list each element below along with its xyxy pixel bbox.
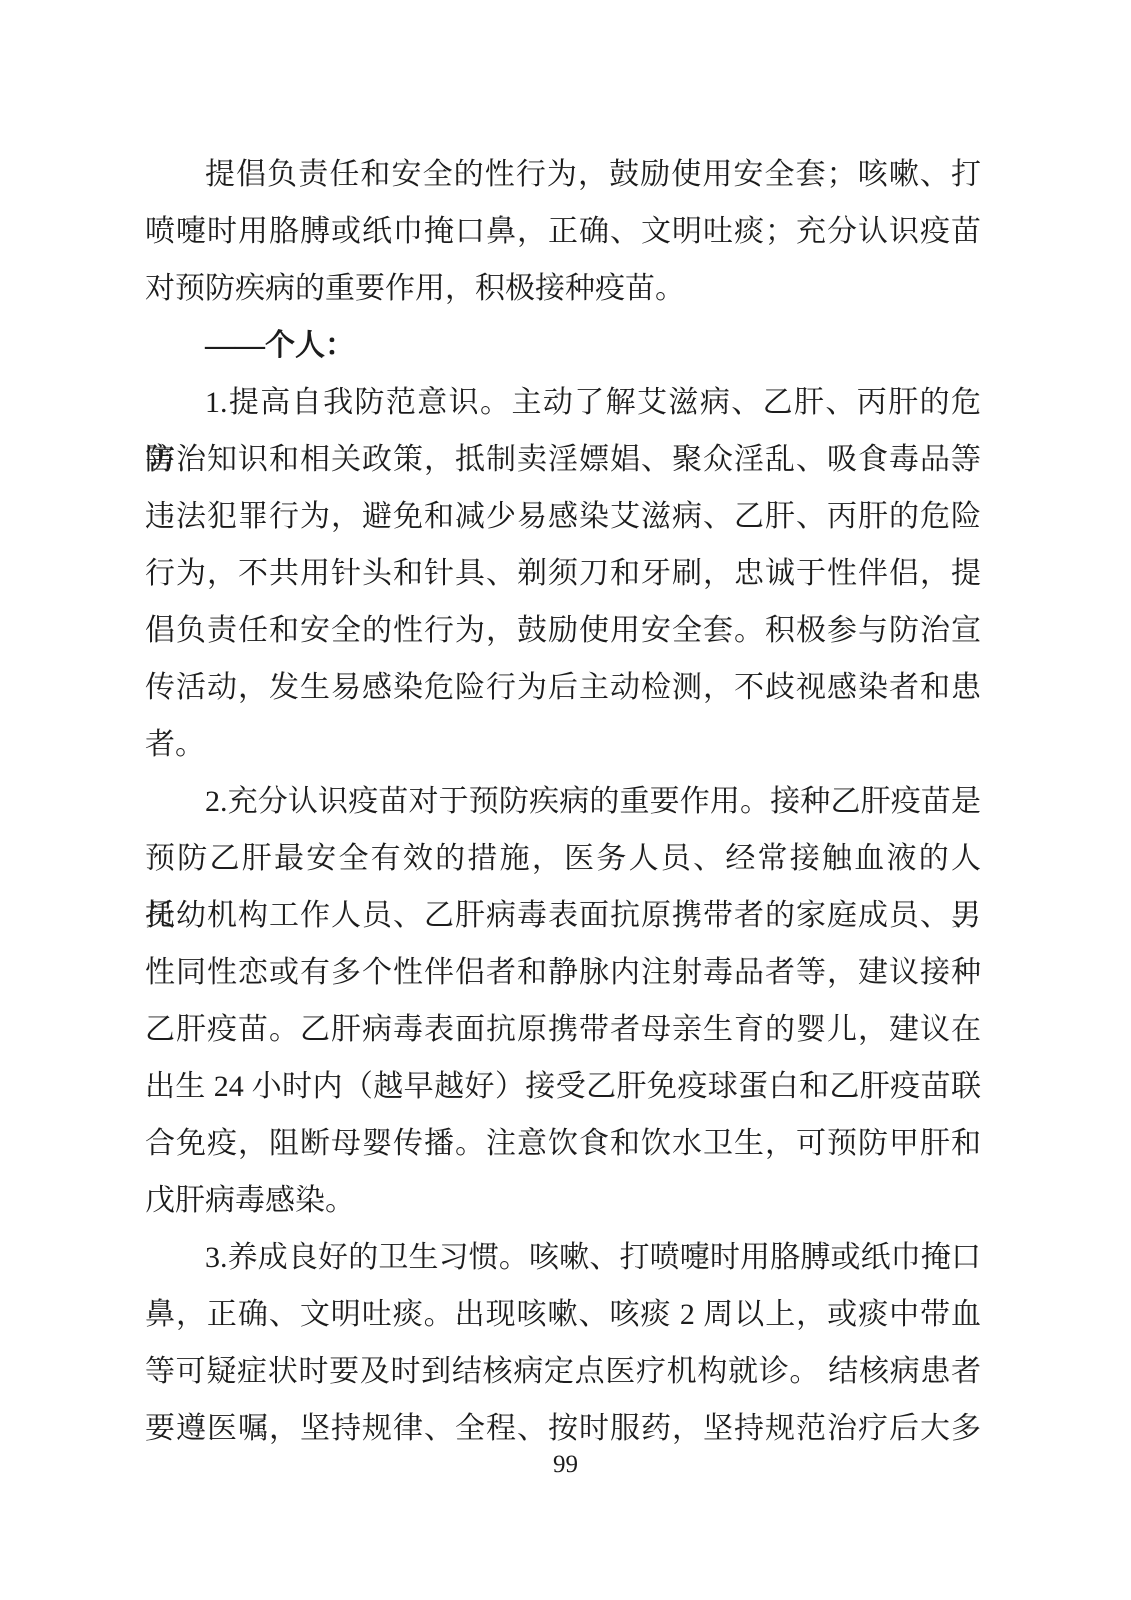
text-line: 预防乙肝最安全有效的措施，医务人员、经常接触血液的人员、 [145, 830, 981, 887]
page-number: 99 [0, 1448, 1131, 1482]
text-line: 防治知识和相关政策，抵制卖淫嫖娼、聚众淫乱、吸食毒品等 [145, 431, 981, 488]
text-line: 提倡负责任和安全的性行为，鼓励使用安全套；咳嗽、打 [145, 146, 981, 203]
text-line: 对预防疾病的重要作用，积极接种疫苗。 [145, 260, 981, 317]
text-line: 乙肝疫苗。乙肝病毒表面抗原携带者母亲生育的婴儿，建议在 [145, 1001, 981, 1058]
section-heading: ——个人： [145, 317, 981, 374]
text-line: 1.提高自我防范意识。主动了解艾滋病、乙肝、丙肝的危害、 [145, 374, 981, 431]
text-line: 倡负责任和安全的性行为，鼓励使用安全套。积极参与防治宣 [145, 602, 981, 659]
text-line: 违法犯罪行为，避免和减少易感染艾滋病、乙肝、丙肝的危险 [145, 488, 981, 545]
document-page: 提倡负责任和安全的性行为，鼓励使用安全套；咳嗽、打喷嚏时用胳膊或纸巾掩口鼻，正确… [0, 0, 1131, 1600]
text-line: 性同性恋或有多个性伴侣者和静脉内注射毒品者等，建议接种 [145, 944, 981, 1001]
text-line: 2.充分认识疫苗对于预防疾病的重要作用。接种乙肝疫苗是 [145, 773, 981, 830]
text-line: 合免疫，阻断母婴传播。注意饮食和饮水卫生，可预防甲肝和 [145, 1115, 981, 1172]
text-line: 传活动，发生易感染危险行为后主动检测，不歧视感染者和患 [145, 659, 981, 716]
text-line: 喷嚏时用胳膊或纸巾掩口鼻，正确、文明吐痰；充分认识疫苗 [145, 203, 981, 260]
text-line: 戊肝病毒感染。 [145, 1172, 981, 1229]
text-line: 鼻，正确、文明吐痰。出现咳嗽、咳痰 2 周以上，或痰中带血 [145, 1286, 981, 1343]
text-line: 3.养成良好的卫生习惯。咳嗽、打喷嚏时用胳膊或纸巾掩口 [145, 1229, 981, 1286]
text-line: 行为，不共用针头和针具、剃须刀和牙刷，忠诚于性伴侣，提 [145, 545, 981, 602]
text-line: 托幼机构工作人员、乙肝病毒表面抗原携带者的家庭成员、男 [145, 887, 981, 944]
text-line: 等可疑症状时要及时到结核病定点医疗机构就诊。 结核病患者 [145, 1343, 981, 1400]
text-line: 出生 24 小时内（越早越好）接受乙肝免疫球蛋白和乙肝疫苗联 [145, 1058, 981, 1115]
text-line: 者。 [145, 716, 981, 773]
document-body: 提倡负责任和安全的性行为，鼓励使用安全套；咳嗽、打喷嚏时用胳膊或纸巾掩口鼻，正确… [145, 146, 981, 1457]
